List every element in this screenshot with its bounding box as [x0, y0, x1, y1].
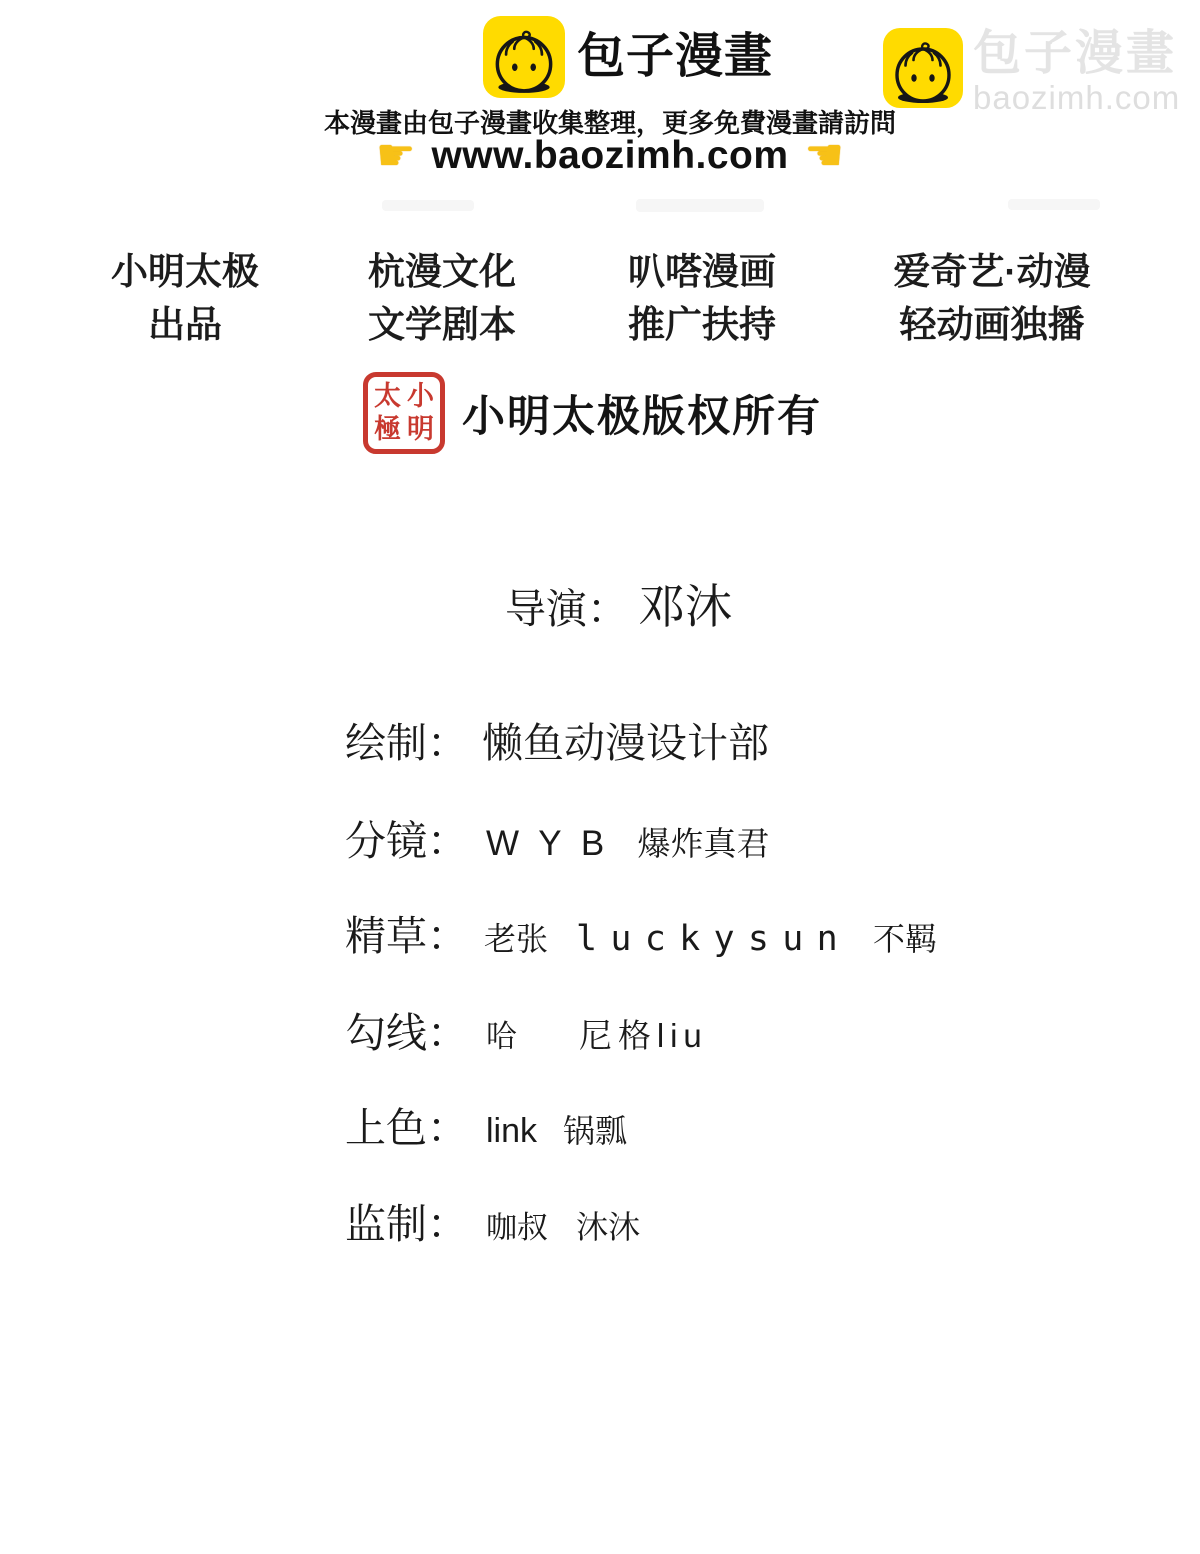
credit-name: luckysun — [576, 919, 851, 959]
credit-row-storyboard: 分镜： WYB 爆炸真君 — [345, 818, 769, 865]
credit-label: 上色： — [345, 1108, 468, 1149]
credit-name: WYB — [486, 824, 623, 864]
credit-name: 沐沐 — [576, 1202, 640, 1248]
credit-name: 邓沐 — [638, 570, 732, 637]
red-seal-stamp-icon: 太 小 極 明 — [363, 372, 445, 454]
copyright-row: 太 小 極 明 小明太极版权所有 — [363, 372, 822, 454]
credit-name: 爆炸真君 — [637, 818, 769, 865]
credit-label: 监制： — [345, 1204, 468, 1245]
credit-name: 懒鱼动漫设计部 — [482, 710, 769, 769]
sponsor-script: 杭漫文化 文学剧本 — [368, 246, 516, 351]
sponsor-producer: 小明太极 出品 — [111, 246, 259, 351]
site-url-link[interactable]: www.baozimh.com — [431, 134, 788, 178]
sponsor-line: 推广扶持 — [628, 299, 776, 352]
pointing-left-icon: ☚ — [805, 134, 844, 178]
credit-label: 导演： — [505, 589, 628, 630]
credit-row-supervisor: 监制： 咖叔 沐沐 — [345, 1202, 640, 1248]
sponsor-line: 文学剧本 — [368, 299, 516, 352]
sponsor-line: 出品 — [111, 299, 259, 352]
erased-text-smudge — [1008, 199, 1100, 210]
sponsor-promotion: 叭嗒漫画 推广扶持 — [628, 246, 776, 351]
credit-name: link — [486, 1112, 537, 1151]
header-brand: 包子漫畫 — [483, 16, 773, 98]
credit-name: 咖叔 — [486, 1202, 548, 1247]
sponsor-line: 爱奇艺·动漫 — [893, 246, 1090, 299]
credit-name: 哈 — [486, 1011, 517, 1056]
erased-text-smudge — [382, 200, 474, 211]
sponsor-line: 叭嗒漫画 — [628, 246, 776, 299]
credit-name: 锅瓢 — [563, 1106, 627, 1152]
credit-row-coloring: 上色： link 锅瓢 — [345, 1106, 627, 1152]
sponsor-line: 小明太极 — [111, 246, 259, 299]
credit-label: 精草： — [345, 916, 468, 957]
url-row: ☛ www.baozimh.com ☚ — [0, 134, 1200, 178]
watermark-brand: 包子漫畫 — [973, 28, 1180, 81]
watermark: 包子漫畫 baozimh.com — [883, 28, 1180, 114]
brand-title: 包子漫畫 — [577, 33, 773, 81]
credit-name: 老张 — [484, 914, 548, 960]
credit-label: 勾线： — [345, 1013, 468, 1054]
credit-label: 绘制： — [345, 723, 468, 764]
credit-name: 不羁 — [873, 914, 937, 960]
credit-row-art: 绘制： 懒鱼动漫设计部 — [345, 710, 769, 769]
watermark-domain: baozimh.com — [973, 81, 1180, 114]
baozi-bun-logo-icon — [483, 16, 565, 98]
sponsor-broadcast: 爱奇艺·动漫 轻动画独播 — [893, 246, 1090, 351]
baozi-bun-watermark-icon — [883, 28, 963, 108]
credits-page: { "header": { "brand": "包子漫畫", "tagline"… — [0, 0, 1200, 1554]
credit-row-rough-draft: 精草： 老张 luckysun 不羁 — [345, 914, 937, 960]
sponsor-line: 杭漫文化 — [368, 246, 516, 299]
credit-name: 尼格liu — [579, 1010, 708, 1057]
erased-text-smudge — [636, 199, 764, 212]
seal-char: 明 — [404, 413, 437, 446]
sponsor-line: 轻动画独播 — [893, 299, 1090, 352]
seal-char: 太 — [371, 380, 404, 413]
pointing-right-icon: ☛ — [376, 134, 415, 178]
credit-label: 分镜： — [345, 821, 468, 862]
seal-char: 極 — [371, 413, 404, 446]
copyright-text: 小明太极版权所有 — [462, 383, 822, 444]
credit-row-director: 导演： 邓沐 — [505, 570, 732, 637]
seal-char: 小 — [404, 380, 437, 413]
credit-row-lineart: 勾线： 哈 尼格liu — [345, 1010, 708, 1057]
